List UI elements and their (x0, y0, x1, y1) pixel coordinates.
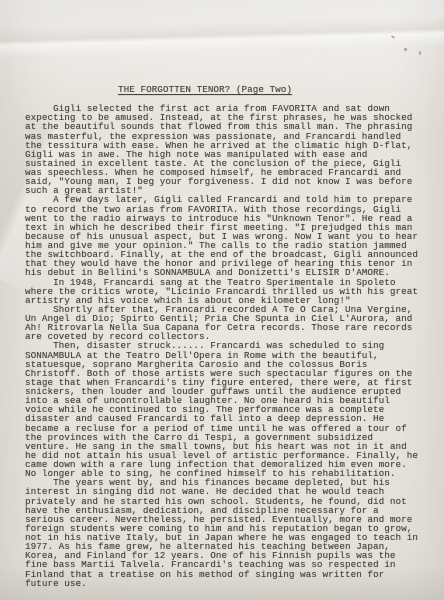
paragraph: Shortly after that, Francardi recorded A… (25, 305, 427, 342)
paper-speck (418, 51, 421, 55)
paper-crease (0, 15, 444, 58)
paper-speck (404, 48, 407, 51)
paper-speck (391, 35, 395, 39)
document-text-block: THE FORGOTTEN TENOR? (Page Two) Gigli se… (25, 85, 427, 588)
paragraph: Gigli selected the first act aria from F… (25, 104, 427, 195)
scanned-document-page: THE FORGOTTEN TENOR? (Page Two) Gigli se… (0, 0, 444, 600)
paragraph: A few days later, Gigli called Francardi… (25, 195, 427, 277)
paragraph: The years went by, and his finances beca… (25, 478, 427, 588)
paragraph: Then, disaster struck...... Francardi wa… (25, 341, 427, 478)
page-title: THE FORGOTTEN TENOR? (Page Two) (25, 85, 427, 94)
paragraph: In 1948, Francardi sang at the Teatro Sp… (25, 278, 427, 305)
